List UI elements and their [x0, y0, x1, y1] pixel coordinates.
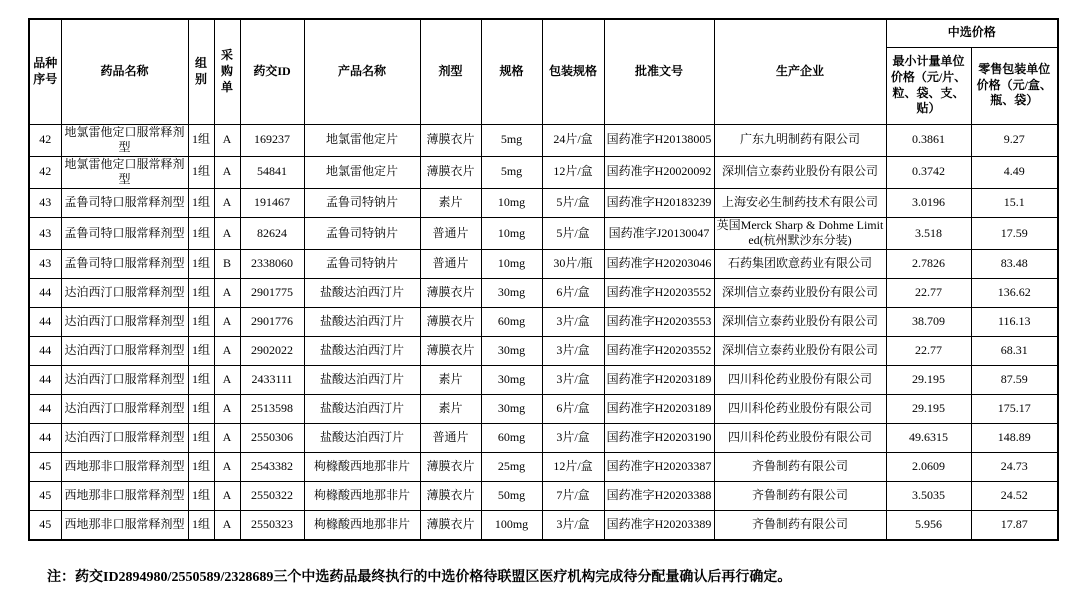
- cell-seq: 43: [29, 250, 61, 279]
- cell-form: 薄膜衣片: [420, 308, 481, 337]
- cell-manufacturer: 四川科伦药业股份有限公司: [714, 424, 886, 453]
- cell-order: A: [214, 366, 240, 395]
- cell-id: 82624: [240, 217, 304, 249]
- cell-id: 169237: [240, 124, 304, 156]
- cell-pack: 30片/瓶: [542, 250, 604, 279]
- cell-id: 2902022: [240, 337, 304, 366]
- cell-pack: 5片/盒: [542, 217, 604, 249]
- cell-unit_price: 3.0196: [886, 188, 971, 217]
- cell-order: A: [214, 308, 240, 337]
- cell-order: A: [214, 188, 240, 217]
- cell-form: 普通片: [420, 217, 481, 249]
- cell-seq: 45: [29, 511, 61, 540]
- cell-drug: 达泊西汀口服常释剂型: [61, 337, 188, 366]
- cell-order: A: [214, 156, 240, 188]
- col-header-retail-pack-price: 零售包装单位价格（元/盒、瓶、袋）: [971, 47, 1058, 124]
- cell-order: A: [214, 482, 240, 511]
- drug-price-table: 品种序号 药品名称 组别 采购单 药交ID 产品名称 剂型 规格 包装规格 批准…: [28, 18, 1059, 541]
- cell-spec: 60mg: [481, 424, 542, 453]
- cell-retail_price: 4.49: [971, 156, 1058, 188]
- footnote: 注：药交ID2894980/2550589/2328689三个中选药品最终执行的…: [47, 566, 791, 586]
- cell-manufacturer: 石药集团欧意药业有限公司: [714, 250, 886, 279]
- cell-id: 2901775: [240, 279, 304, 308]
- cell-drug: 孟鲁司特口服常释剂型: [61, 217, 188, 249]
- cell-order: A: [214, 511, 240, 540]
- cell-approval: 国药准字H20203190: [604, 424, 714, 453]
- cell-order: B: [214, 250, 240, 279]
- cell-retail_price: 116.13: [971, 308, 1058, 337]
- cell-order: A: [214, 395, 240, 424]
- cell-group: 1组: [188, 482, 214, 511]
- cell-retail_price: 136.62: [971, 279, 1058, 308]
- cell-manufacturer: 英国Merck Sharp & Dohme Limited(杭州默沙东分装): [714, 217, 886, 249]
- table-row: 43孟鲁司特口服常释剂型1组A82624孟鲁司特钠片普通片10mg5片/盒国药准…: [29, 217, 1058, 249]
- cell-seq: 44: [29, 366, 61, 395]
- document-page: 品种序号 药品名称 组别 采购单 药交ID 产品名称 剂型 规格 包装规格 批准…: [0, 0, 1080, 591]
- cell-approval: 国药准字H20203046: [604, 250, 714, 279]
- table-row: 44达泊西汀口服常释剂型1组A2901775盐酸达泊西汀片薄膜衣片30mg6片/…: [29, 279, 1058, 308]
- col-header-pack-spec: 包装规格: [542, 19, 604, 124]
- cell-drug: 达泊西汀口服常释剂型: [61, 424, 188, 453]
- cell-form: 薄膜衣片: [420, 511, 481, 540]
- cell-group: 1组: [188, 453, 214, 482]
- cell-form: 普通片: [420, 250, 481, 279]
- cell-seq: 43: [29, 188, 61, 217]
- cell-form: 薄膜衣片: [420, 124, 481, 156]
- cell-id: 2338060: [240, 250, 304, 279]
- col-header-group: 组别: [188, 19, 214, 124]
- cell-drug: 达泊西汀口服常释剂型: [61, 308, 188, 337]
- cell-group: 1组: [188, 337, 214, 366]
- cell-id: 2513598: [240, 395, 304, 424]
- cell-id: 2550322: [240, 482, 304, 511]
- cell-retail_price: 175.17: [971, 395, 1058, 424]
- cell-unit_price: 49.6315: [886, 424, 971, 453]
- cell-approval: 国药准字H20183239: [604, 188, 714, 217]
- cell-retail_price: 17.87: [971, 511, 1058, 540]
- table-row: 44达泊西汀口服常释剂型1组A2513598盐酸达泊西汀片素片30mg6片/盒国…: [29, 395, 1058, 424]
- cell-unit_price: 5.956: [886, 511, 971, 540]
- cell-pack: 7片/盒: [542, 482, 604, 511]
- cell-manufacturer: 四川科伦药业股份有限公司: [714, 395, 886, 424]
- cell-pack: 3片/盒: [542, 366, 604, 395]
- cell-id: 2550323: [240, 511, 304, 540]
- cell-approval: 国药准字H20203389: [604, 511, 714, 540]
- cell-spec: 25mg: [481, 453, 542, 482]
- cell-approval: 国药准字H20203552: [604, 337, 714, 366]
- cell-product: 枸橼酸西地那非片: [304, 453, 420, 482]
- cell-spec: 10mg: [481, 217, 542, 249]
- cell-pack: 3片/盒: [542, 337, 604, 366]
- table-row: 44达泊西汀口服常释剂型1组A2901776盐酸达泊西汀片薄膜衣片60mg3片/…: [29, 308, 1058, 337]
- col-header-product-name: 产品名称: [304, 19, 420, 124]
- cell-drug: 达泊西汀口服常释剂型: [61, 279, 188, 308]
- cell-approval: 国药准字H20203552: [604, 279, 714, 308]
- cell-drug: 达泊西汀口服常释剂型: [61, 395, 188, 424]
- cell-group: 1组: [188, 308, 214, 337]
- cell-manufacturer: 广东九明制药有限公司: [714, 124, 886, 156]
- cell-retail_price: 148.89: [971, 424, 1058, 453]
- table-row: 43孟鲁司特口服常释剂型1组B2338060孟鲁司特钠片普通片10mg30片/瓶…: [29, 250, 1058, 279]
- cell-form: 薄膜衣片: [420, 482, 481, 511]
- table-row: 45西地那非口服常释剂型1组A2550323枸橼酸西地那非片薄膜衣片100mg3…: [29, 511, 1058, 540]
- cell-group: 1组: [188, 395, 214, 424]
- cell-product: 地氯雷他定片: [304, 156, 420, 188]
- table-row: 42地氯雷他定口服常释剂型1组A169237地氯雷他定片薄膜衣片5mg24片/盒…: [29, 124, 1058, 156]
- cell-order: A: [214, 337, 240, 366]
- table-row: 45西地那非口服常释剂型1组A2543382枸橼酸西地那非片薄膜衣片25mg12…: [29, 453, 1058, 482]
- cell-product: 盐酸达泊西汀片: [304, 279, 420, 308]
- cell-retail_price: 9.27: [971, 124, 1058, 156]
- cell-group: 1组: [188, 424, 214, 453]
- table-row: 43孟鲁司特口服常释剂型1组A191467孟鲁司特钠片素片10mg5片/盒国药准…: [29, 188, 1058, 217]
- cell-group: 1组: [188, 279, 214, 308]
- cell-id: 2543382: [240, 453, 304, 482]
- cell-order: A: [214, 124, 240, 156]
- cell-seq: 42: [29, 124, 61, 156]
- cell-pack: 3片/盒: [542, 424, 604, 453]
- cell-form: 素片: [420, 366, 481, 395]
- cell-form: 薄膜衣片: [420, 156, 481, 188]
- cell-unit_price: 29.195: [886, 366, 971, 395]
- cell-product: 孟鲁司特钠片: [304, 188, 420, 217]
- cell-order: A: [214, 453, 240, 482]
- cell-unit_price: 3.5035: [886, 482, 971, 511]
- table-row: 44达泊西汀口服常释剂型1组A2433111盐酸达泊西汀片素片30mg3片/盒国…: [29, 366, 1058, 395]
- cell-id: 2433111: [240, 366, 304, 395]
- cell-approval: 国药准字H20203189: [604, 395, 714, 424]
- cell-seq: 45: [29, 453, 61, 482]
- cell-seq: 44: [29, 279, 61, 308]
- cell-seq: 44: [29, 395, 61, 424]
- col-header-manufacturer: 生产企业: [714, 19, 886, 124]
- cell-spec: 30mg: [481, 337, 542, 366]
- cell-unit_price: 38.709: [886, 308, 971, 337]
- cell-form: 薄膜衣片: [420, 279, 481, 308]
- cell-spec: 60mg: [481, 308, 542, 337]
- cell-approval: 国药准字H20138005: [604, 124, 714, 156]
- cell-order: A: [214, 217, 240, 249]
- cell-spec: 5mg: [481, 124, 542, 156]
- cell-group: 1组: [188, 188, 214, 217]
- cell-retail_price: 24.73: [971, 453, 1058, 482]
- cell-product: 盐酸达泊西汀片: [304, 337, 420, 366]
- cell-unit_price: 29.195: [886, 395, 971, 424]
- cell-spec: 50mg: [481, 482, 542, 511]
- cell-product: 孟鲁司特钠片: [304, 250, 420, 279]
- cell-seq: 43: [29, 217, 61, 249]
- cell-manufacturer: 齐鲁制药有限公司: [714, 482, 886, 511]
- cell-product: 孟鲁司特钠片: [304, 217, 420, 249]
- cell-drug: 西地那非口服常释剂型: [61, 482, 188, 511]
- cell-retail_price: 17.59: [971, 217, 1058, 249]
- cell-spec: 100mg: [481, 511, 542, 540]
- cell-pack: 12片/盒: [542, 453, 604, 482]
- cell-spec: 30mg: [481, 366, 542, 395]
- cell-id: 2901776: [240, 308, 304, 337]
- cell-product: 枸橼酸西地那非片: [304, 482, 420, 511]
- col-header-dosage-form: 剂型: [420, 19, 481, 124]
- cell-manufacturer: 齐鲁制药有限公司: [714, 453, 886, 482]
- cell-retail_price: 15.1: [971, 188, 1058, 217]
- cell-retail_price: 83.48: [971, 250, 1058, 279]
- col-header-approval-no: 批准文号: [604, 19, 714, 124]
- cell-form: 素片: [420, 395, 481, 424]
- cell-form: 薄膜衣片: [420, 453, 481, 482]
- cell-unit_price: 22.77: [886, 337, 971, 366]
- cell-order: A: [214, 424, 240, 453]
- cell-drug: 孟鲁司特口服常释剂型: [61, 250, 188, 279]
- cell-unit_price: 2.0609: [886, 453, 971, 482]
- cell-group: 1组: [188, 124, 214, 156]
- cell-retail_price: 68.31: [971, 337, 1058, 366]
- col-header-exchange-id: 药交ID: [240, 19, 304, 124]
- cell-drug: 西地那非口服常释剂型: [61, 453, 188, 482]
- cell-unit_price: 0.3861: [886, 124, 971, 156]
- cell-id: 54841: [240, 156, 304, 188]
- cell-pack: 24片/盒: [542, 124, 604, 156]
- cell-product: 盐酸达泊西汀片: [304, 366, 420, 395]
- cell-group: 1组: [188, 366, 214, 395]
- cell-spec: 30mg: [481, 279, 542, 308]
- cell-manufacturer: 齐鲁制药有限公司: [714, 511, 886, 540]
- cell-drug: 孟鲁司特口服常释剂型: [61, 188, 188, 217]
- cell-product: 地氯雷他定片: [304, 124, 420, 156]
- cell-approval: 国药准字H20203189: [604, 366, 714, 395]
- header-group-row: 品种序号 药品名称 组别 采购单 药交ID 产品名称 剂型 规格 包装规格 批准…: [29, 19, 1058, 47]
- cell-group: 1组: [188, 250, 214, 279]
- cell-manufacturer: 深圳信立泰药业股份有限公司: [714, 337, 886, 366]
- cell-order: A: [214, 279, 240, 308]
- cell-drug: 西地那非口服常释剂型: [61, 511, 188, 540]
- table-row: 45西地那非口服常释剂型1组A2550322枸橼酸西地那非片薄膜衣片50mg7片…: [29, 482, 1058, 511]
- cell-seq: 44: [29, 308, 61, 337]
- cell-pack: 5片/盒: [542, 188, 604, 217]
- cell-seq: 44: [29, 424, 61, 453]
- cell-form: 普通片: [420, 424, 481, 453]
- table-body: 42地氯雷他定口服常释剂型1组A169237地氯雷他定片薄膜衣片5mg24片/盒…: [29, 124, 1058, 540]
- cell-manufacturer: 深圳信立泰药业股份有限公司: [714, 279, 886, 308]
- cell-product: 盐酸达泊西汀片: [304, 308, 420, 337]
- cell-seq: 45: [29, 482, 61, 511]
- cell-unit_price: 2.7826: [886, 250, 971, 279]
- cell-approval: 国药准字H20203387: [604, 453, 714, 482]
- table-row: 44达泊西汀口服常释剂型1组A2902022盐酸达泊西汀片薄膜衣片30mg3片/…: [29, 337, 1058, 366]
- cell-product: 盐酸达泊西汀片: [304, 395, 420, 424]
- col-header-selected-price-group: 中选价格: [886, 19, 1058, 47]
- cell-approval: 国药准字H20203388: [604, 482, 714, 511]
- table-row: 42地氯雷他定口服常释剂型1组A54841地氯雷他定片薄膜衣片5mg12片/盒国…: [29, 156, 1058, 188]
- table-header: 品种序号 药品名称 组别 采购单 药交ID 产品名称 剂型 规格 包装规格 批准…: [29, 19, 1058, 124]
- cell-form: 素片: [420, 188, 481, 217]
- cell-pack: 3片/盒: [542, 511, 604, 540]
- cell-manufacturer: 深圳信立泰药业股份有限公司: [714, 308, 886, 337]
- cell-manufacturer: 上海安必生制药技术有限公司: [714, 188, 886, 217]
- cell-spec: 10mg: [481, 250, 542, 279]
- cell-spec: 5mg: [481, 156, 542, 188]
- cell-form: 薄膜衣片: [420, 337, 481, 366]
- cell-drug: 地氯雷他定口服常释剂型: [61, 124, 188, 156]
- col-header-min-unit-price: 最小计量单位价格（元/片、粒、袋、支、贴）: [886, 47, 971, 124]
- cell-product: 盐酸达泊西汀片: [304, 424, 420, 453]
- col-header-drug-name: 药品名称: [61, 19, 188, 124]
- cell-seq: 44: [29, 337, 61, 366]
- cell-retail_price: 24.52: [971, 482, 1058, 511]
- cell-id: 191467: [240, 188, 304, 217]
- col-header-seq: 品种序号: [29, 19, 61, 124]
- cell-approval: 国药准字H20203553: [604, 308, 714, 337]
- cell-unit_price: 22.77: [886, 279, 971, 308]
- cell-approval: 国药准字H20020092: [604, 156, 714, 188]
- cell-pack: 3片/盒: [542, 308, 604, 337]
- cell-approval: 国药准字J20130047: [604, 217, 714, 249]
- cell-group: 1组: [188, 156, 214, 188]
- col-header-spec: 规格: [481, 19, 542, 124]
- cell-drug: 达泊西汀口服常释剂型: [61, 366, 188, 395]
- cell-manufacturer: 深圳信立泰药业股份有限公司: [714, 156, 886, 188]
- cell-spec: 30mg: [481, 395, 542, 424]
- cell-id: 2550306: [240, 424, 304, 453]
- cell-retail_price: 87.59: [971, 366, 1058, 395]
- cell-pack: 6片/盒: [542, 395, 604, 424]
- cell-unit_price: 3.518: [886, 217, 971, 249]
- cell-group: 1组: [188, 217, 214, 249]
- cell-group: 1组: [188, 511, 214, 540]
- cell-seq: 42: [29, 156, 61, 188]
- cell-pack: 6片/盒: [542, 279, 604, 308]
- cell-drug: 地氯雷他定口服常释剂型: [61, 156, 188, 188]
- cell-unit_price: 0.3742: [886, 156, 971, 188]
- cell-spec: 10mg: [481, 188, 542, 217]
- col-header-order: 采购单: [214, 19, 240, 124]
- cell-product: 枸橼酸西地那非片: [304, 511, 420, 540]
- table-row: 44达泊西汀口服常释剂型1组A2550306盐酸达泊西汀片普通片60mg3片/盒…: [29, 424, 1058, 453]
- cell-pack: 12片/盒: [542, 156, 604, 188]
- cell-manufacturer: 四川科伦药业股份有限公司: [714, 366, 886, 395]
